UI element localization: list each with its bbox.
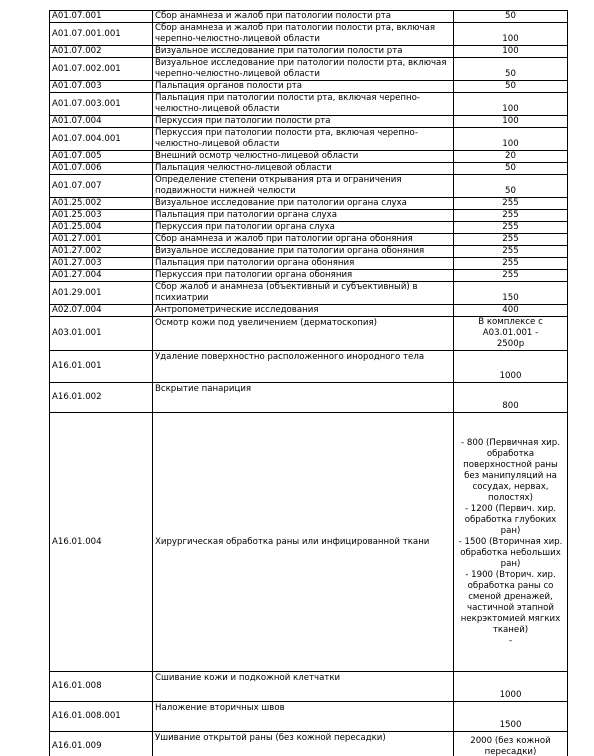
price-line: 255: [456, 270, 565, 281]
service-code: A01.07.001.001: [50, 23, 153, 46]
service-name: Визуальное исследование при патологии ор…: [153, 246, 454, 258]
table-row: A02.07.004Антропометрические исследовани…: [50, 305, 568, 317]
service-name: Антропометрические исследования: [153, 305, 454, 317]
service-name: Сбор анамнеза и жалоб при патологии поло…: [153, 23, 454, 46]
price-line: 100: [456, 116, 565, 127]
service-name: Пальпация при патологии полости рта, вкл…: [153, 93, 454, 116]
service-name: Сбор жалоб и анамнеза (объективный и суб…: [153, 282, 454, 305]
service-price: - 800 (Первичная хир. обработка поверхно…: [454, 413, 568, 672]
service-code: A01.07.004: [50, 116, 153, 128]
service-price: 1500: [454, 702, 568, 732]
price-line: 255: [456, 258, 565, 269]
table-row: A01.07.002Визуальное исследование при па…: [50, 46, 568, 58]
service-code: A01.07.005: [50, 151, 153, 163]
price-line: 2500р: [456, 339, 565, 350]
service-price: 255: [454, 246, 568, 258]
service-price: 255: [454, 222, 568, 234]
price-line: 2000 (без кожной пересадки): [456, 736, 565, 756]
service-name: Вскрытие панариция: [153, 383, 454, 413]
service-code: A01.25.002: [50, 198, 153, 210]
price-line: 50: [456, 163, 565, 174]
service-price: 50: [454, 175, 568, 198]
price-line: 50: [456, 11, 565, 22]
service-code: A16.01.002: [50, 383, 153, 413]
service-code: A01.27.004: [50, 270, 153, 282]
table-row: A01.07.003.001Пальпация при патологии по…: [50, 93, 568, 116]
service-code: A01.07.001: [50, 11, 153, 23]
service-name: Внешний осмотр челюстно-лицевой области: [153, 151, 454, 163]
price-line: 100: [456, 34, 565, 45]
price-line: 800: [456, 401, 565, 412]
service-name: Ушивание открытой раны (без кожной перес…: [153, 732, 454, 756]
service-name: Перкуссия при патологии органа слуха: [153, 222, 454, 234]
service-code: A01.07.002.001: [50, 58, 153, 81]
table-row: A01.25.004Перкуссия при патологии органа…: [50, 222, 568, 234]
service-code: A01.07.003.001: [50, 93, 153, 116]
table-row: A16.01.002Вскрытие панариция800: [50, 383, 568, 413]
price-line: 20: [456, 151, 565, 162]
price-line: -: [456, 636, 565, 647]
service-code: A01.07.007: [50, 175, 153, 198]
price-line: 255: [456, 246, 565, 257]
table-row: A01.07.003Пальпация органов полости рта5…: [50, 81, 568, 93]
price-line: - 1900 (Вторич. хир. обработка раны со с…: [456, 570, 565, 636]
service-price: 50: [454, 81, 568, 93]
service-price: 1000: [454, 351, 568, 383]
service-price: 100: [454, 93, 568, 116]
service-name: Пальпация челюстно-лицевой области: [153, 163, 454, 175]
service-price: 50: [454, 163, 568, 175]
service-name: Визуальное исследование при патологии по…: [153, 46, 454, 58]
table-row: A01.07.004.001Перкуссия при патологии по…: [50, 128, 568, 151]
service-price: 255: [454, 210, 568, 222]
service-code: A16.01.004: [50, 413, 153, 672]
service-name: Наложение вторичных швов: [153, 702, 454, 732]
service-code: A16.01.008.001: [50, 702, 153, 732]
table-row: A01.25.002Визуальное исследование при па…: [50, 198, 568, 210]
service-price: 255: [454, 258, 568, 270]
table-row: A01.25.003Пальпация при патологии органа…: [50, 210, 568, 222]
service-code: A16.01.001: [50, 351, 153, 383]
service-code: A01.27.002: [50, 246, 153, 258]
service-price: 50: [454, 11, 568, 23]
service-name: Перкуссия при патологии полости рта, вкл…: [153, 128, 454, 151]
service-price: 100: [454, 128, 568, 151]
service-code: A01.07.002: [50, 46, 153, 58]
service-name: Визуальное исследование при патологии ор…: [153, 198, 454, 210]
service-price: 150: [454, 282, 568, 305]
price-line: 255: [456, 198, 565, 209]
table-row: A01.07.001.001Сбор анамнеза и жалоб при …: [50, 23, 568, 46]
table-row: A01.29.001Сбор жалоб и анамнеза (объекти…: [50, 282, 568, 305]
price-line: - 800 (Первичная хир. обработка поверхно…: [456, 438, 565, 504]
service-name: Пальпация органов полости рта: [153, 81, 454, 93]
service-code: A01.07.004.001: [50, 128, 153, 151]
table-row: A03.01.001Осмотр кожи под увеличением (д…: [50, 317, 568, 351]
service-name: Пальпация при патологии органа обоняния: [153, 258, 454, 270]
service-code: A01.29.001: [50, 282, 153, 305]
service-price: 100: [454, 23, 568, 46]
table-row: A16.01.001Удаление поверхностно располож…: [50, 351, 568, 383]
service-name: Сбор анамнеза и жалоб при патологии поло…: [153, 11, 454, 23]
service-price: 100: [454, 116, 568, 128]
service-name: Сшивание кожи и подкожной клетчатки: [153, 672, 454, 702]
price-line: В комплексе с А03.01.001 -: [456, 317, 565, 339]
price-line: - 1200 (Первич. хир. обработка глубоких …: [456, 504, 565, 537]
table-row: A01.07.006Пальпация челюстно-лицевой обл…: [50, 163, 568, 175]
table-row: A01.27.002Визуальное исследование при па…: [50, 246, 568, 258]
table-row: A01.07.005Внешний осмотр челюстно-лицево…: [50, 151, 568, 163]
table-row: A16.01.009Ушивание открытой раны (без ко…: [50, 732, 568, 756]
price-line: - 1500 (Вторичная хир. обработка небольш…: [456, 537, 565, 570]
service-price: В комплексе с А03.01.001 -2500р: [454, 317, 568, 351]
table-row: A01.27.001Сбор анамнеза и жалоб при пато…: [50, 234, 568, 246]
service-code: A03.01.001: [50, 317, 153, 351]
price-line: 1500: [456, 720, 565, 731]
table-row: A16.01.008.001Наложение вторичных швов15…: [50, 702, 568, 732]
price-line: 150: [456, 293, 565, 304]
price-line: 1000: [456, 371, 565, 382]
service-price: 20: [454, 151, 568, 163]
price-line: 1000: [456, 690, 565, 701]
service-price: 50: [454, 58, 568, 81]
service-price: 255: [454, 270, 568, 282]
price-line: 255: [456, 234, 565, 245]
price-line: 50: [456, 69, 565, 80]
service-price: 100: [454, 46, 568, 58]
table-row: A01.27.003Пальпация при патологии органа…: [50, 258, 568, 270]
service-name: Визуальное исследование при патологии по…: [153, 58, 454, 81]
price-line: 50: [456, 186, 565, 197]
service-price: 255: [454, 234, 568, 246]
table-row: A16.01.008Сшивание кожи и подкожной клет…: [50, 672, 568, 702]
price-line: 400: [456, 305, 565, 316]
price-line: 255: [456, 210, 565, 221]
service-price: 255: [454, 198, 568, 210]
table-row: A16.01.004Хирургическая обработка раны и…: [50, 413, 568, 672]
price-line: 100: [456, 46, 565, 57]
service-price: 2000 (без кожной пересадки): [454, 732, 568, 756]
service-name: Удаление поверхностно расположенного ино…: [153, 351, 454, 383]
price-line: 100: [456, 139, 565, 150]
table-row: A01.07.007Определение степени открывания…: [50, 175, 568, 198]
service-code: A02.07.004: [50, 305, 153, 317]
table-row: A01.07.001Сбор анамнеза и жалоб при пато…: [50, 11, 568, 23]
service-name: Хирургическая обработка раны или инфицир…: [153, 413, 454, 672]
service-name: Сбор анамнеза и жалоб при патологии орга…: [153, 234, 454, 246]
table-row: A01.27.004Перкуссия при патологии органа…: [50, 270, 568, 282]
service-code: A01.27.001: [50, 234, 153, 246]
service-code: A16.01.008: [50, 672, 153, 702]
table-row: A01.07.004Перкуссия при патологии полост…: [50, 116, 568, 128]
service-name: Осмотр кожи под увеличением (дерматоскоп…: [153, 317, 454, 351]
price-line: 100: [456, 104, 565, 115]
service-name: Перкуссия при патологии органа обоняния: [153, 270, 454, 282]
service-code: A01.07.006: [50, 163, 153, 175]
price-line: 50: [456, 81, 565, 92]
service-code: A01.07.003: [50, 81, 153, 93]
price-list-table: A01.07.001Сбор анамнеза и жалоб при пато…: [49, 10, 568, 756]
service-code: A01.25.004: [50, 222, 153, 234]
service-price: 1000: [454, 672, 568, 702]
price-line: 255: [456, 222, 565, 233]
service-code: A01.25.003: [50, 210, 153, 222]
service-code: A01.27.003: [50, 258, 153, 270]
service-name: Определение степени открывания рта и огр…: [153, 175, 454, 198]
service-name: Пальпация при патологии органа слуха: [153, 210, 454, 222]
service-name: Перкуссия при патологии полости рта: [153, 116, 454, 128]
service-code: A16.01.009: [50, 732, 153, 756]
table-row: A01.07.002.001Визуальное исследование пр…: [50, 58, 568, 81]
price-list-body: A01.07.001Сбор анамнеза и жалоб при пато…: [50, 11, 568, 756]
service-price: 800: [454, 383, 568, 413]
service-price: 400: [454, 305, 568, 317]
